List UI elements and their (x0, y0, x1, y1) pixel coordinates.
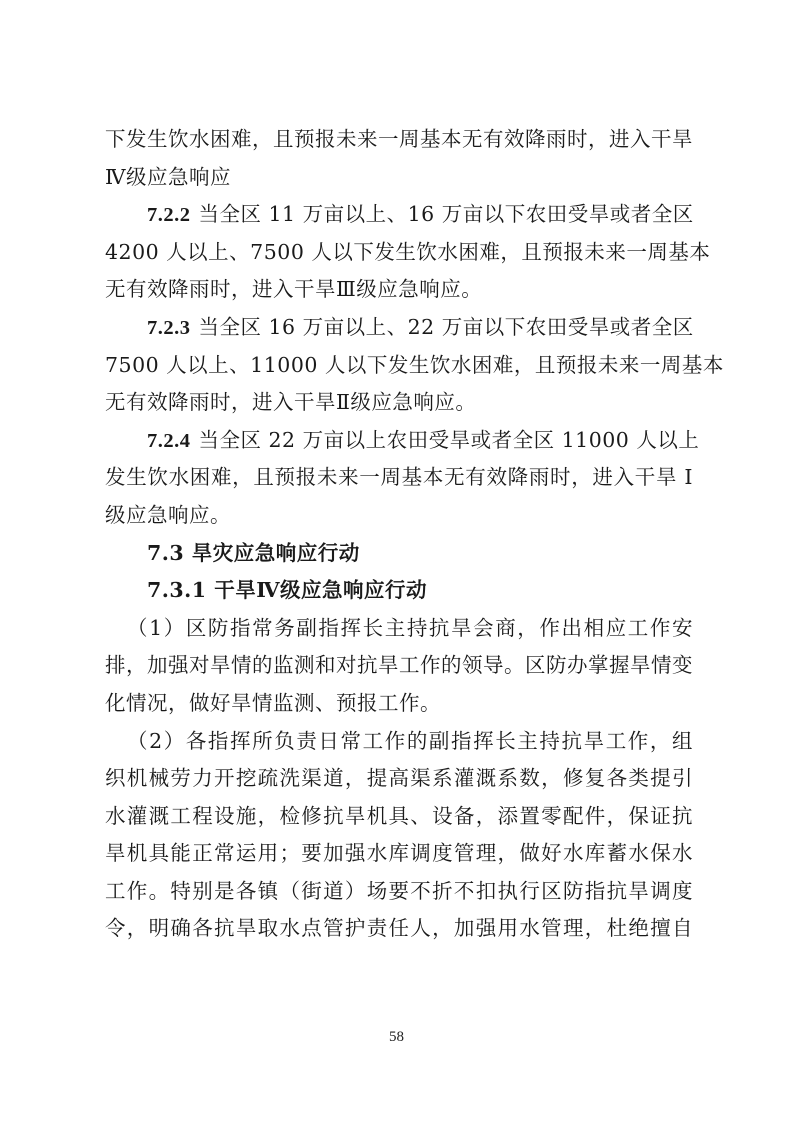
section-heading-7-3-1: 7.3.1 干旱Ⅳ级应急响应行动 (105, 572, 693, 610)
clause-number: 7.2.2 (147, 204, 191, 226)
clause-7-2-3-line: 7.2.3当全区 16 万亩以上、22 万亩以下农田受旱或者全区 (105, 309, 693, 347)
clause-7-2-2-line: 7.2.2当全区 11 万亩以上、16 万亩以下农田受旱或者全区 (105, 196, 693, 234)
paragraph-line: 4200 人以上、7500 人以下发生饮水困难，且预报未来一周基本 (105, 234, 693, 272)
paragraph-line: 工作。特别是各镇（街道）场要不折不扣执行区防指抗旱调度 (105, 873, 693, 911)
document-page: 下发生饮水困难，且预报未来一周基本无有效降雨时，进入干旱 Ⅳ级应急响应 7.2.… (0, 0, 793, 1122)
paragraph-line: 无有效降雨时，进入干旱Ⅲ级应急响应。 (105, 271, 693, 309)
paragraph-line: Ⅳ级应急响应 (105, 159, 693, 197)
clause-text: 当全区 22 万亩以上农田受旱或者全区 11000 人以上 (199, 428, 700, 452)
paragraph-line: 排，加强对旱情的监测和对抗旱工作的领导。区防办掌握旱情变 (105, 647, 693, 685)
paragraph-line: 织机械劳力开挖疏洗渠道，提高渠系灌溉系数，修复各类提引 (105, 760, 693, 798)
paragraph-line: 发生饮水困难，且预报未来一周基本无有效降雨时，进入干旱 Ⅰ (105, 459, 693, 497)
body-text: 下发生饮水困难，且预报未来一周基本无有效降雨时，进入干旱 Ⅳ级应急响应 7.2.… (105, 121, 693, 948)
clause-text: 当全区 16 万亩以上、22 万亩以下农田受旱或者全区 (199, 315, 694, 339)
list-item-2-line: （2）各指挥所负责日常工作的副指挥长主持抗旱工作，组 (105, 723, 693, 761)
clause-number: 7.2.3 (147, 317, 191, 339)
paragraph-line: 无有效降雨时，进入干旱Ⅱ级应急响应。 (105, 384, 693, 422)
clause-number: 7.2.4 (147, 430, 191, 452)
paragraph-line: 旱机具能正常运用；要加强水库调度管理，做好水库蓄水保水 (105, 835, 693, 873)
paragraph-line: 水灌溉工程设施，检修抗旱机具、设备，添置零配件，保证抗 (105, 798, 693, 836)
section-heading-7-3: 7.3 旱灾应急响应行动 (105, 535, 693, 573)
paragraph-line: 级应急响应。 (105, 497, 693, 535)
clause-7-2-4-line: 7.2.4当全区 22 万亩以上农田受旱或者全区 11000 人以上 (105, 422, 693, 460)
list-item-1-line: （1）区防指常务副指挥长主持抗旱会商，作出相应工作安 (105, 610, 693, 648)
paragraph-line: 7500 人以上、11000 人以下发生饮水困难，且预报未来一周基本 (105, 347, 693, 385)
page-number: 58 (0, 1029, 793, 1046)
paragraph-line: 令，明确各抗旱取水点管护责任人，加强用水管理，杜绝擅自 (105, 910, 693, 948)
paragraph-line: 下发生饮水困难，且预报未来一周基本无有效降雨时，进入干旱 (105, 121, 693, 159)
clause-text: 当全区 11 万亩以上、16 万亩以下农田受旱或者全区 (199, 202, 694, 226)
paragraph-line: 化情况，做好旱情监测、预报工作。 (105, 685, 693, 723)
